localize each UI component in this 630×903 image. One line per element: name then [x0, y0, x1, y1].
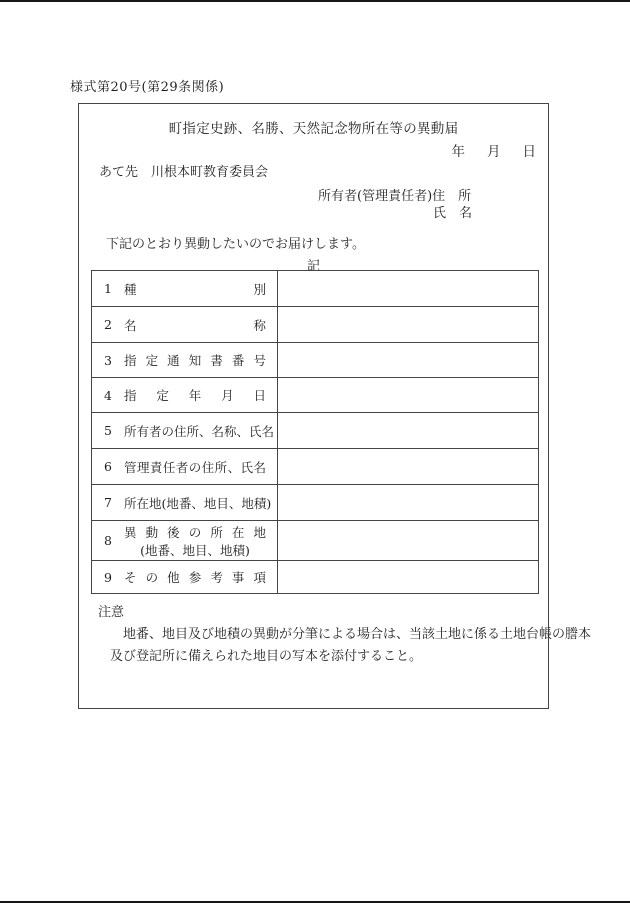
row-number: 1	[104, 281, 124, 296]
document-title: 町指定史跡、名勝、天然記念物所在等の異動届	[79, 117, 548, 137]
form-border-box: 町指定史跡、名勝、天然記念物所在等の異動届 年 月 日 あて先 川根本町教育委員…	[78, 103, 549, 709]
row-number: 2	[104, 317, 124, 332]
row-label-cell: 5 所有者の住所、名称、氏名	[92, 413, 278, 448]
intro-sentence: 下記のとおり異動したいのでお届けします。	[106, 233, 365, 252]
row-label: 指定通知書番号	[124, 351, 266, 369]
row-number: 4	[104, 388, 124, 403]
table-row: 6 管理責任者の住所、氏名	[92, 449, 538, 485]
row-label: 種別	[124, 280, 266, 298]
table-row: 7 所在地(地番、地目、地積)	[92, 485, 538, 521]
row-number: 3	[104, 353, 124, 368]
row-label-cell: 9 その他参考事項	[92, 561, 278, 593]
row-label-line2: (地番、地目、地積)	[124, 541, 266, 559]
table-row: 2 名称	[92, 307, 538, 343]
row-label: 所有者の住所、名称、氏名	[124, 422, 266, 440]
owner-name-label: 氏 名	[433, 202, 472, 221]
row-value-cell	[278, 561, 538, 593]
row-number: 7	[104, 495, 124, 510]
row-label: 異動後の所在地	[124, 523, 266, 541]
row-number: 9	[104, 570, 124, 585]
date-year-label: 年	[452, 140, 466, 160]
addressee-line: あて先 川根本町教育委員会	[99, 161, 268, 180]
row-label: 指定年月日	[124, 386, 266, 404]
note-text-line1: 地番、地目及び地積の異動が分筆による場合は、当該土地に係る土地台帳の謄本	[123, 623, 591, 642]
table-row: 4 指定年月日	[92, 378, 538, 413]
row-value-cell	[278, 449, 538, 484]
row-value-cell	[278, 343, 538, 377]
form-table: 1 種別 2 名称 3 指定通知書番号	[91, 270, 539, 594]
row-label-cell: 6 管理責任者の住所、氏名	[92, 449, 278, 484]
row-label: その他参考事項	[124, 568, 266, 586]
row-number: 8	[104, 533, 124, 548]
row-label: 所在地(地番、地目、地積)	[124, 494, 266, 512]
date-line: 年 月 日	[452, 140, 537, 160]
table-row: 3 指定通知書番号	[92, 343, 538, 378]
row-label-cell: 3 指定通知書番号	[92, 343, 278, 377]
note-heading: 注意	[98, 601, 124, 620]
table-row: 9 その他参考事項	[92, 561, 538, 593]
row-value-cell	[278, 378, 538, 412]
note-text-line2: 及び登記所に備えられた地目の写本を添付すること。	[110, 645, 422, 664]
date-month-label: 月	[487, 140, 501, 160]
table-row: 8 異動後の所在地 (地番、地目、地積)	[92, 521, 538, 561]
form-number: 様式第20号(第29条関係)	[70, 76, 224, 95]
row-label-cell: 2 名称	[92, 307, 278, 342]
row-value-cell	[278, 485, 538, 520]
row-label-cell: 4 指定年月日	[92, 378, 278, 412]
row-value-cell	[278, 307, 538, 342]
row-value-cell	[278, 521, 538, 560]
row-number: 5	[104, 423, 124, 438]
row-label: 名称	[124, 316, 266, 334]
page-edge-top	[0, 0, 630, 2]
date-day-label: 日	[523, 140, 537, 160]
row-label: 管理責任者の住所、氏名	[124, 458, 266, 476]
table-row: 1 種別	[92, 271, 538, 307]
row-value-cell	[278, 413, 538, 448]
row-value-cell	[278, 271, 538, 306]
row-label-cell: 1 種別	[92, 271, 278, 306]
row-number: 6	[104, 459, 124, 474]
table-row: 5 所有者の住所、名称、氏名	[92, 413, 538, 449]
row-label-cell: 8 異動後の所在地 (地番、地目、地積)	[92, 521, 278, 560]
row-label-cell: 7 所在地(地番、地目、地積)	[92, 485, 278, 520]
